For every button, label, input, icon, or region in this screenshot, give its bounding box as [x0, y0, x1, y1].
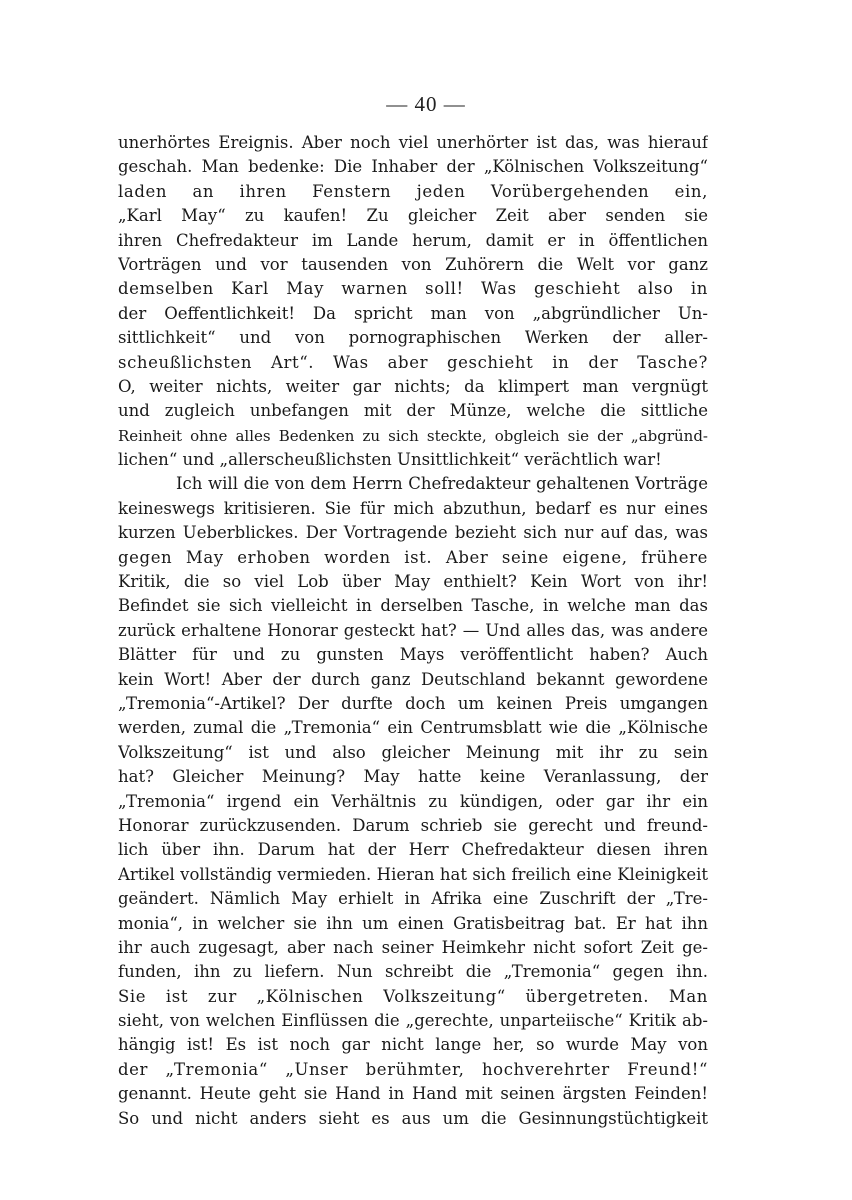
text-line: geändert. Nämlich May erhielt in Afrika …: [118, 887, 708, 911]
text-line: geschah. Man bedenke: Die Inhaber der „K…: [118, 155, 708, 179]
text-line: lich über ihn. Darum hat der Herr Chefre…: [118, 838, 708, 862]
text-line: laden an ihren Fenstern jeden Vorübergeh…: [118, 180, 708, 204]
text-line: „Karl May“ zu kaufen! Zu gleicher Zeit a…: [118, 204, 708, 228]
text-line: ihren Chefredakteur im Lande herum, dami…: [118, 229, 708, 253]
text-line: Vorträgen und vor tausenden von Zuhörern…: [118, 253, 708, 277]
text-line: „Tremonia“ irgend ein Verhältnis zu künd…: [118, 790, 708, 814]
text-line: Sie ist zur „Kölnischen Volkszeitung“ üb…: [118, 985, 708, 1009]
text-line: O, weiter nichts, weiter gar nichts; da …: [118, 375, 708, 399]
text-line: So und nicht anders sieht es aus um die …: [118, 1107, 708, 1131]
text-line: Artikel vollständig vermieden. Hieran ha…: [118, 863, 708, 887]
text-line: zurück erhaltene Honorar gesteckt hat? —…: [118, 619, 708, 643]
page-number: — 40 —: [0, 92, 852, 117]
text-line: unerhörtes Ereignis. Aber noch viel uner…: [118, 131, 708, 155]
text-line: Reinheit ohne alles Bedenken zu sich ste…: [118, 424, 708, 448]
text-line: sieht, von welchen Einflüssen die „gerec…: [118, 1009, 708, 1033]
text-line: kein Wort! Aber der durch ganz Deutschla…: [118, 668, 708, 692]
text-line: ihr auch zugesagt, aber nach seiner Heim…: [118, 936, 708, 960]
paragraph-1: unerhörtes Ereignis. Aber noch viel uner…: [118, 131, 708, 472]
body-text: unerhörtes Ereignis. Aber noch viel uner…: [118, 131, 708, 1131]
text-line: Blätter für und zu gunsten Mays veröffen…: [118, 643, 708, 667]
text-line: Volkszeitung“ ist und also gleicher Mein…: [118, 741, 708, 765]
text-line: Ich will die von dem Herrn Chefredakteur…: [118, 472, 708, 496]
text-line: lichen“ und „allerscheußlichsten Unsittl…: [118, 448, 708, 472]
text-line: werden, zumal die „Tremonia“ ein Centrum…: [118, 716, 708, 740]
text-line: hat? Gleicher Meinung? May hatte keine V…: [118, 765, 708, 789]
text-line: Befindet sie sich vielleicht in derselbe…: [118, 594, 708, 618]
text-line: genannt. Heute geht sie Hand in Hand mit…: [118, 1082, 708, 1106]
text-line: scheußlichsten Art“. Was aber geschieht …: [118, 351, 708, 375]
text-line: „Tremonia“-Artikel? Der durfte doch um k…: [118, 692, 708, 716]
text-line: demselben Karl May warnen soll! Was gesc…: [118, 277, 708, 301]
text-line: monia“, in welcher sie ihn um einen Grat…: [118, 912, 708, 936]
text-line: der Oeffentlichkeit! Da spricht man von …: [118, 302, 708, 326]
text-line: und zugleich unbefangen mit der Münze, w…: [118, 399, 708, 423]
text-line: gegen May erhoben worden ist. Aber seine…: [118, 546, 708, 570]
text-line: Honorar zurückzusenden. Darum schrieb si…: [118, 814, 708, 838]
text-line: der „Tremonia“ „Unser berühmter, hochver…: [118, 1058, 708, 1082]
text-line: keineswegs kritisieren. Sie für mich abz…: [118, 497, 708, 521]
text-line: sittlichkeit“ und von pornographischen W…: [118, 326, 708, 350]
paragraph-2: Ich will die von dem Herrn Chefredakteur…: [118, 472, 708, 1131]
text-line: Kritik, die so viel Lob über May enthiel…: [118, 570, 708, 594]
text-line: funden, ihn zu liefern. Nun schreibt die…: [118, 960, 708, 984]
text-line: hängig ist! Es ist noch gar nicht lange …: [118, 1033, 708, 1057]
text-line: kurzen Ueberblickes. Der Vortragende bez…: [118, 521, 708, 545]
